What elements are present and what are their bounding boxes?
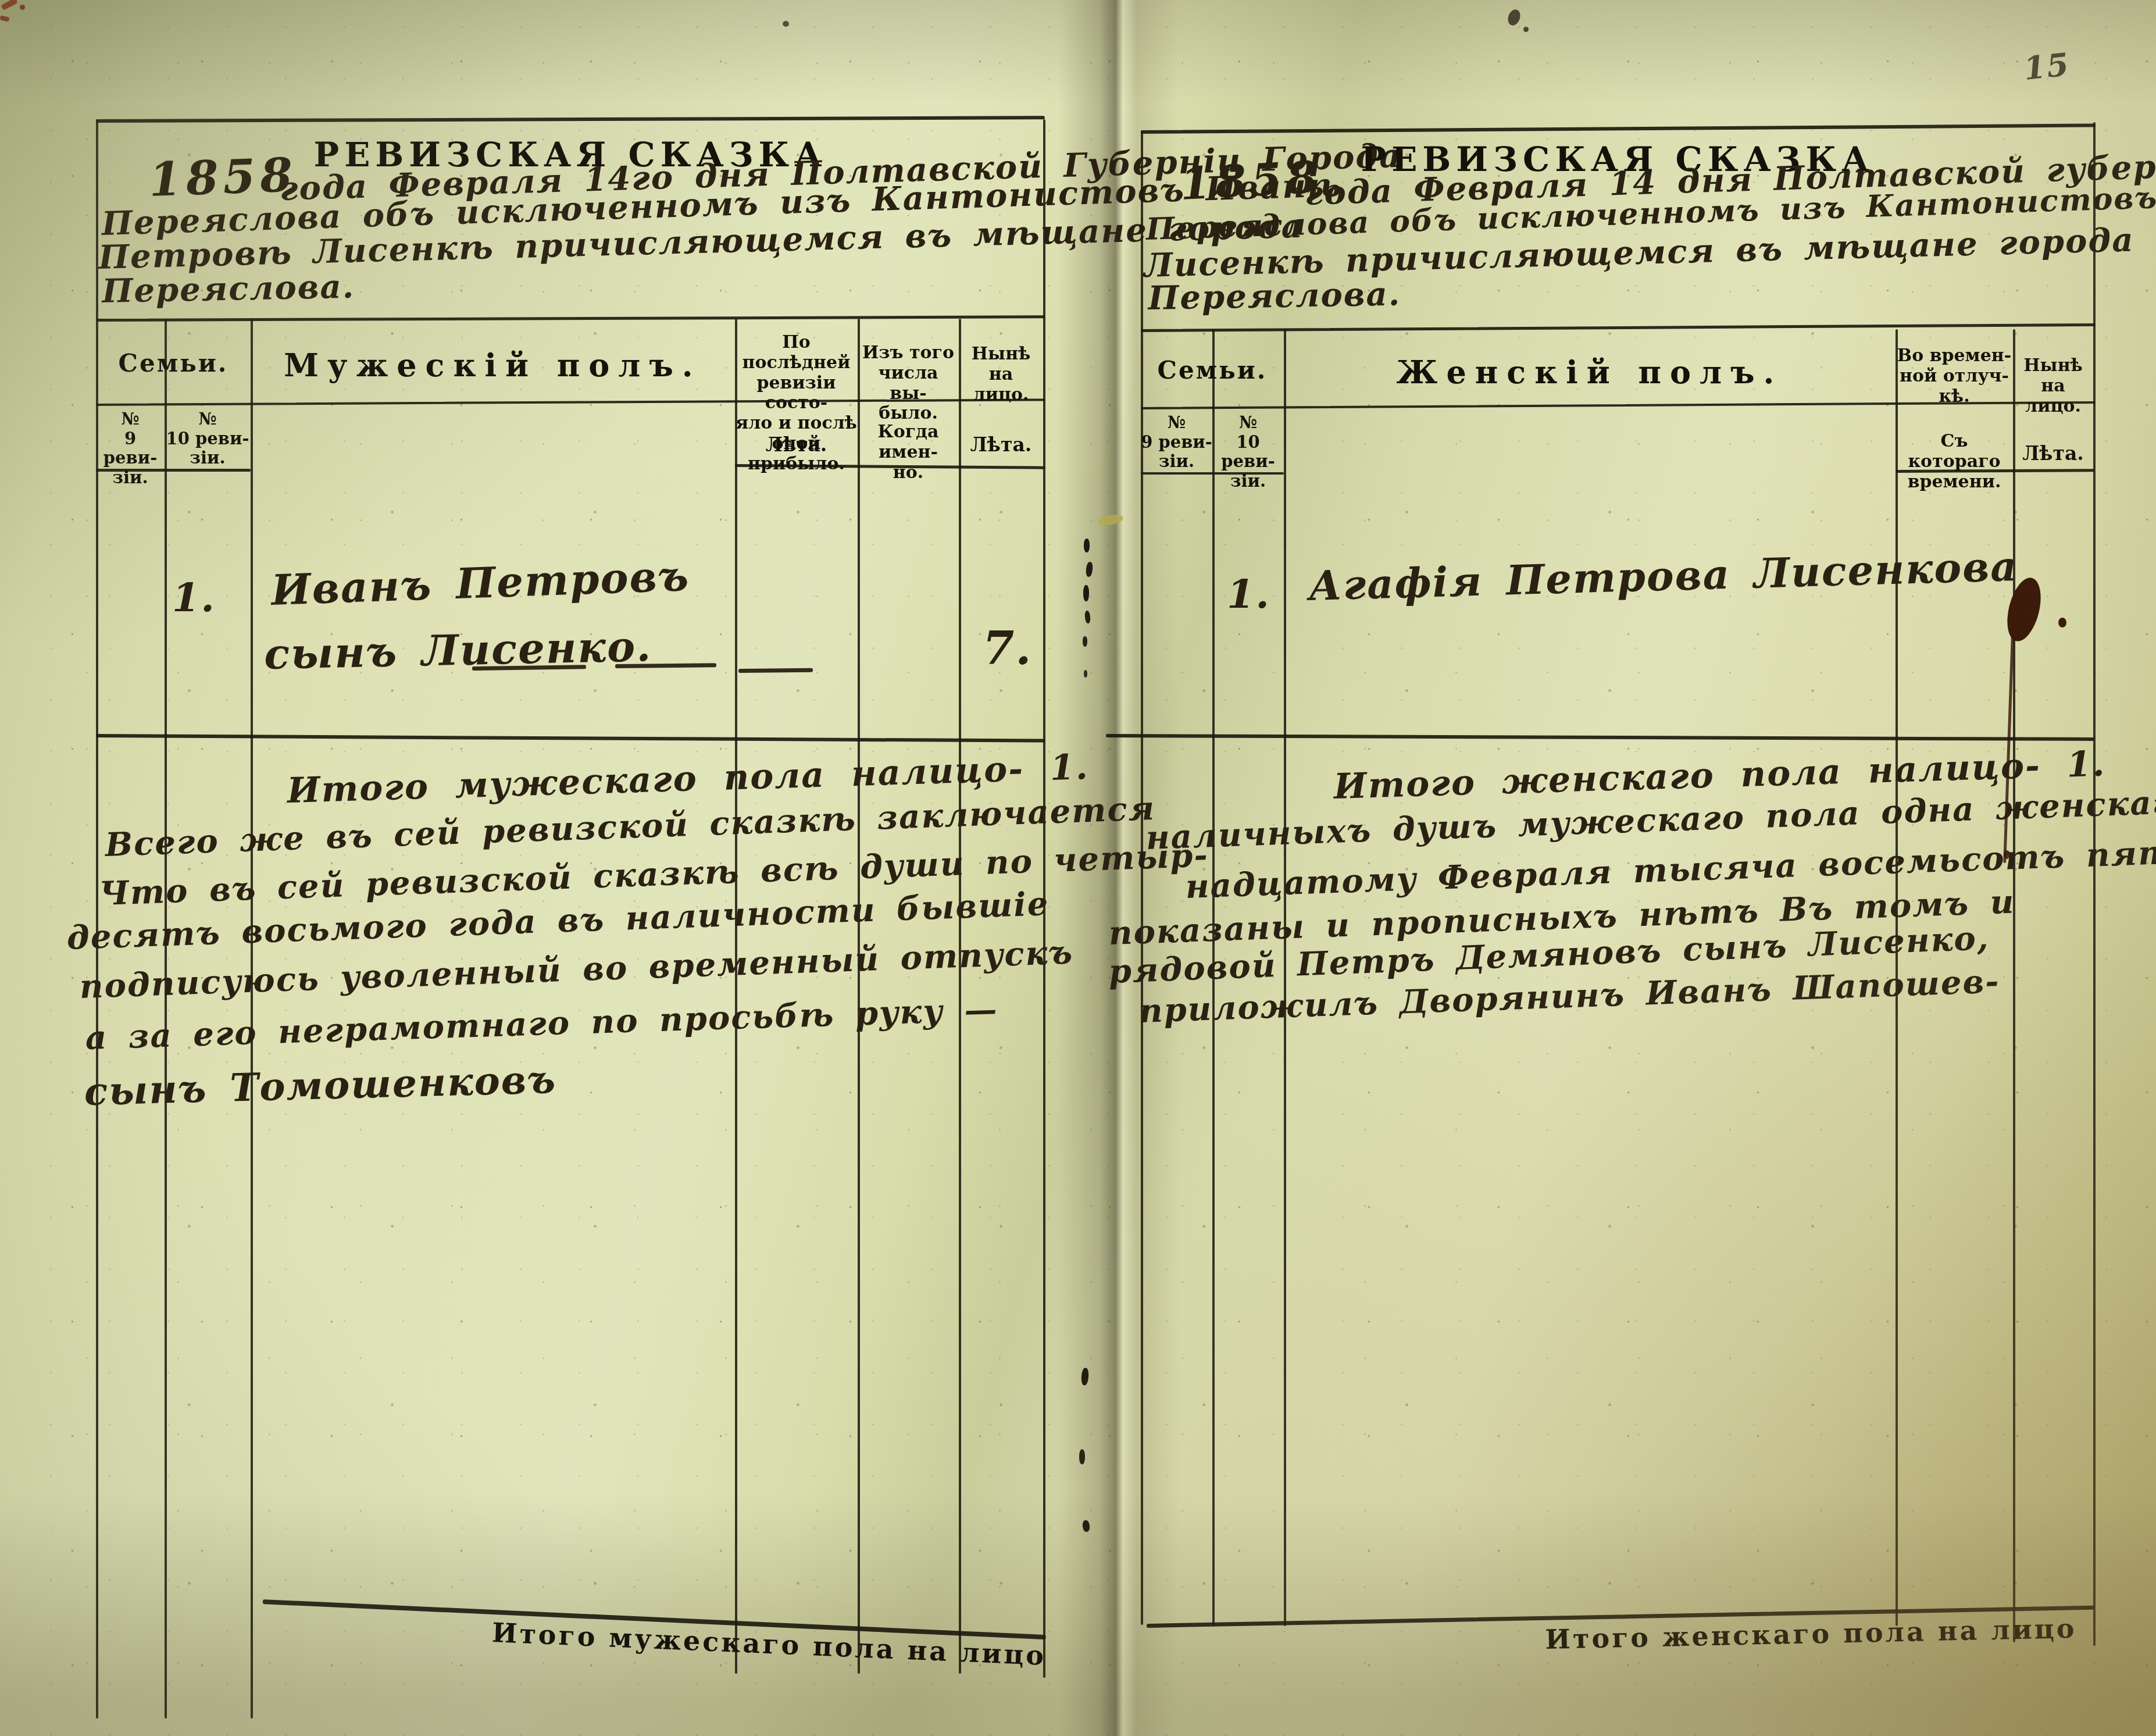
left-col-line-3 xyxy=(735,319,737,1674)
right-col-present: Нынѣ на лицо. xyxy=(2013,356,2093,416)
right-col-line-4 xyxy=(2013,329,2015,1642)
right-col-family: Семьи. xyxy=(1141,356,1284,384)
right-header-year: 1858 xyxy=(1179,151,1323,210)
right-col-rev10: № 10 реви- зіи. xyxy=(1212,413,1284,491)
right-entry-family-no: 1. xyxy=(1227,571,1270,618)
right-border-left xyxy=(1141,130,1143,1625)
left-entry-age: 7. xyxy=(983,622,1032,675)
left-col-years-b: Лѣта. xyxy=(959,433,1043,456)
fold-ink-mark xyxy=(1082,1520,1090,1532)
corner-red-mark xyxy=(20,5,25,10)
left-entry-bottom-line xyxy=(96,734,1045,743)
left-col-family: Семьи. xyxy=(96,349,251,377)
revision-list-scan: РЕВИЗСКАЯ СКАЗКА 1858 года Февраля 14го … xyxy=(0,0,2156,1736)
fold-ink-mark xyxy=(1084,670,1087,678)
fold-ink-mark xyxy=(1084,611,1091,624)
left-col-rev10: № 10 реви- зіи. xyxy=(165,409,251,468)
fold-ink-mark xyxy=(1083,585,1089,601)
left-title-separator xyxy=(96,315,1045,322)
fold-ink-mark xyxy=(1079,1449,1085,1464)
left-col-male: Мужескій полъ. xyxy=(251,347,735,384)
right-header-line-4: Переяслова. xyxy=(1148,275,1401,318)
corner-red-mark xyxy=(0,15,10,22)
right-col-since-when: Съ котораго времени. xyxy=(1896,432,2013,492)
right-col-rev9: № 9 реви- зіи. xyxy=(1141,413,1212,472)
right-entry-bottom-line xyxy=(1106,734,2094,741)
dirt-speck xyxy=(1523,27,1529,32)
left-col-departed: Изъ того числа вы- было. xyxy=(858,343,959,424)
left-header-line-4: Переяслова. xyxy=(102,268,355,311)
left-entry-name-line-2: сынъ Лисенко. xyxy=(263,621,652,679)
left-col-present: Нынѣ на лицо. xyxy=(959,344,1043,405)
fold-ink-mark xyxy=(1083,636,1087,647)
left-col-when: Когда имен- но. xyxy=(858,422,959,483)
page-number: 15 xyxy=(2022,45,2071,87)
ink-blot-dot xyxy=(2058,618,2066,628)
right-col-female: Женскій полъ. xyxy=(1284,354,1896,391)
right-entry-name: Агафія Петрова Лисенкова xyxy=(1308,542,2019,610)
corner-red-mark xyxy=(1,0,17,10)
left-top-border xyxy=(96,116,1045,123)
fold-ink-mark xyxy=(1086,561,1094,577)
left-body-line-6: сынъ Томошенковъ xyxy=(84,1057,557,1114)
dirt-speck xyxy=(1506,8,1522,27)
right-col-years: Лѣта. xyxy=(2013,442,2093,465)
fold-ink-mark xyxy=(1084,539,1090,552)
right-border-right xyxy=(2093,122,2096,1646)
fold-ink-mark xyxy=(1081,1368,1089,1386)
right-footer-label: Итого женскаго пола на лицо xyxy=(1545,1613,2077,1655)
dirt-speck xyxy=(783,21,789,27)
left-entry-family-no: 1. xyxy=(172,575,216,621)
ditto-dash xyxy=(738,668,813,673)
left-entry-name-line-1: Иванъ Петровъ xyxy=(270,551,690,615)
left-col-years-a: Лѣта. xyxy=(735,433,858,456)
right-col-absent: Во времен- ной отлуч- кѣ. xyxy=(1896,346,2013,407)
left-col-rev9: № 9 реви- зіи. xyxy=(96,409,165,488)
right-top-border xyxy=(1141,124,2096,134)
fold-stain-yellow xyxy=(1097,513,1124,526)
left-header-year: 1858 xyxy=(148,147,298,207)
